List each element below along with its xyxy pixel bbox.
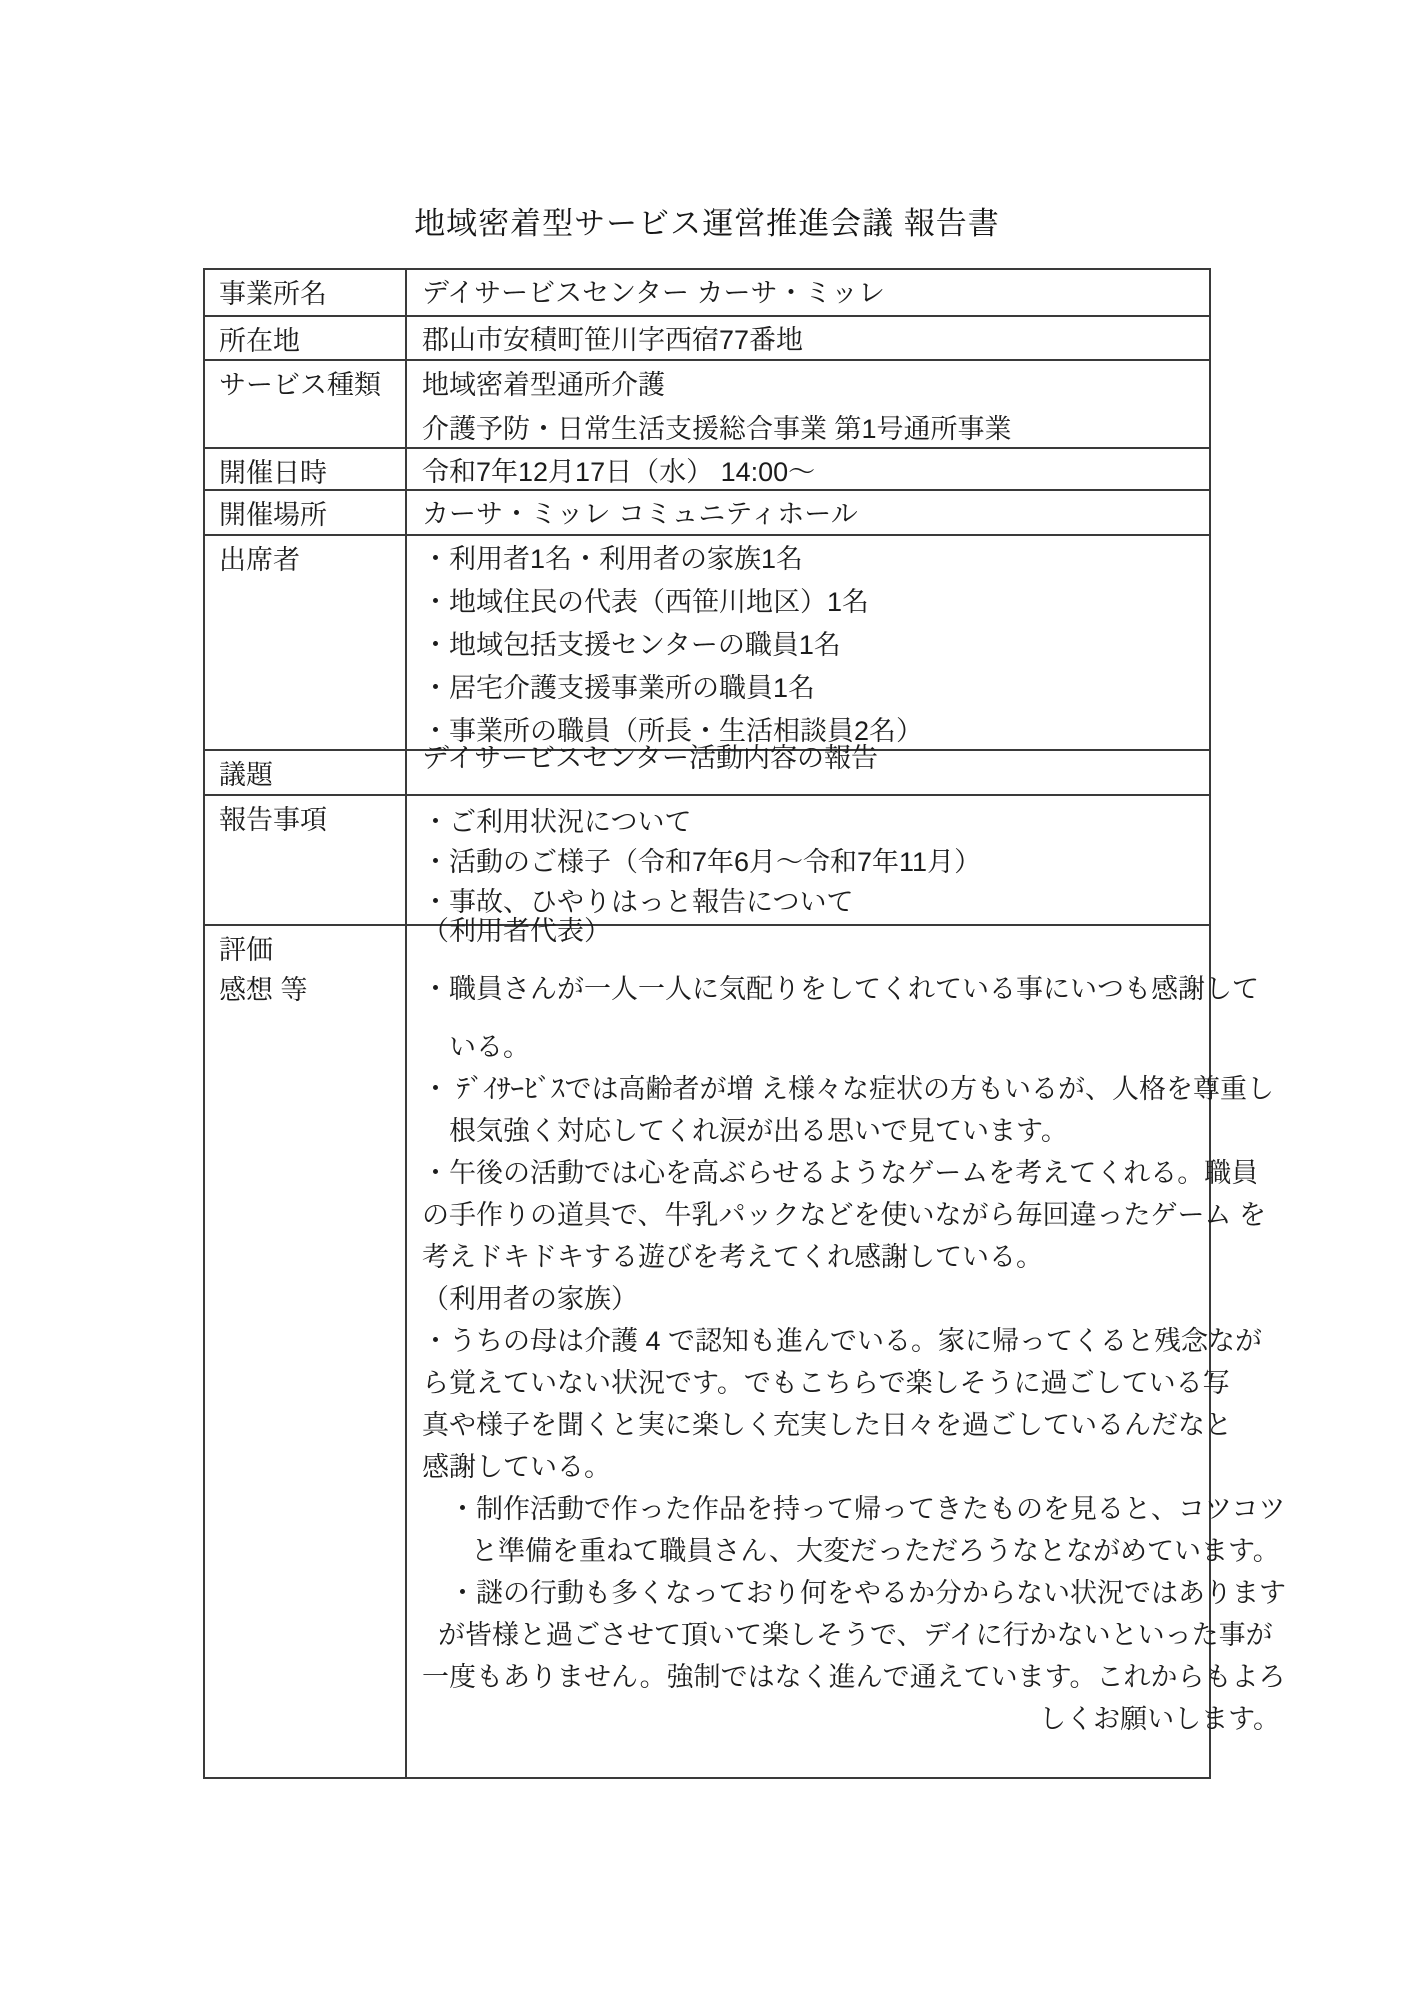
value-line: 根気強く対応してくれ涙が出る思いで見ています。 [422,1110,1286,1152]
page-title: 地域密着型サービス運営推進会議 報告書 [203,198,1211,243]
label-text: 報告事項 [219,800,399,840]
table-row-office-name: 事業所名デイサービスセンター カーサ・ミッレ [205,270,1209,315]
value-line: 郡山市安積町笹川字西宿77番地 [422,319,1209,361]
row-label-meeting-datetime: 開催日時 [205,449,407,493]
value-line: 感謝している。 [422,1446,1286,1488]
row-label-address: 所在地 [205,317,407,361]
value-line: （利用者の家族） [422,1278,1286,1320]
label-text: 事業所名 [219,274,399,314]
label-text: 開催日時 [219,453,399,493]
row-value-service-type: 地域密着型通所介護介護予防・日常生活支援総合事業 第1号通所事業 [407,361,1209,451]
row-label-report-items: 報告事項 [205,796,407,924]
value-line: ・謎の行動も多くなっており何をやるか分からない状況ではあります [422,1572,1286,1614]
value-line: の手作りの道具で、牛乳パックなどを使いながら毎回違ったゲーム を [422,1194,1286,1236]
value-line: デイサービスセンター活動内容の報告 [422,737,1209,779]
label-text: 所在地 [219,321,399,361]
row-value-address: 郡山市安積町笹川字西宿77番地 [407,317,1209,361]
table-row-attendees: 出席者・利用者1名・利用者の家族1名・地域住民の代表（西笹川地区）1名・地域包括… [205,534,1209,749]
row-label-service-type: サービス種類 [205,361,407,451]
label-text: 議題 [219,755,399,795]
label-text: 感想 等 [219,970,399,1010]
document-page: 地域密着型サービス運営推進会議 報告書 事業所名デイサービスセンター カーサ・ミ… [0,0,1414,2000]
row-value-evaluation: （利用者代表）・職員さんが一人一人に気配りをしてくれている事にいつも感謝している… [407,926,1286,1777]
row-value-meeting-place: カーサ・ミッレ コミュニティホール [407,491,1209,535]
table-row-evaluation: 評価感想 等（利用者代表）・職員さんが一人一人に気配りをしてくれている事にいつも… [205,924,1209,1777]
label-text: 評価 [219,930,399,970]
value-line: 介護予防・日常生活支援総合事業 第1号通所事業 [422,407,1209,451]
value-line: ・居宅介護支援事業所の職員1名 [422,667,1209,710]
value-line: ・ ﾃﾞｲｻｰﾋﾞｽでは高齢者が増 え様々な症状の方もいるが、人格を尊重し [422,1068,1286,1110]
row-value-meeting-datetime: 令和7年12月17日（水） 14:00～ [407,449,1209,493]
value-line: ・利用者1名・利用者の家族1名 [422,538,1209,581]
table-row-meeting-datetime: 開催日時令和7年12月17日（水） 14:00～ [205,447,1209,489]
row-label-evaluation: 評価感想 等 [205,926,407,1777]
row-label-office-name: 事業所名 [205,270,407,315]
value-line: ・活動のご様子（令和7年6月～令和7年11月） [422,842,1209,882]
value-line: デイサービスセンター カーサ・ミッレ [422,272,1209,314]
value-line: ら覚えていない状況です。でもこちらで楽しそうに過ごしている写 [422,1362,1286,1404]
value-line: しくお願いします。 [422,1698,1286,1740]
value-line: ・ご利用状況について [422,802,1209,842]
value-line: カーサ・ミッレ コミュニティホール [422,493,1209,535]
value-line: が皆様と過ごさせて頂いて楽しそうで、デイに行かないといった事が [422,1614,1286,1656]
value-line: 考えドキドキする遊びを考えてくれ感謝している。 [422,1236,1286,1278]
row-value-report-items: ・ご利用状況について・活動のご様子（令和7年6月～令和7年11月）・事故、ひやり… [407,796,1209,924]
value-line: ・職員さんが一人一人に気配りをしてくれている事にいつも感謝して [422,968,1286,1010]
label-text: サービス種類 [219,365,399,405]
table-row-address: 所在地郡山市安積町笹川字西宿77番地 [205,315,1209,359]
row-value-office-name: デイサービスセンター カーサ・ミッレ [407,270,1209,315]
value-line: ・午後の活動では心を高ぶらせるようなゲームを考えてくれる。職員 [422,1152,1286,1194]
value-line: 一度もありません。強制ではなく進んで通えています。これからもよろ [422,1656,1286,1698]
row-label-meeting-place: 開催場所 [205,491,407,535]
report-table: 事業所名デイサービスセンター カーサ・ミッレ所在地郡山市安積町笹川字西宿77番地… [203,268,1211,1779]
row-value-agenda: デイサービスセンター活動内容の報告 [407,751,1209,795]
row-value-attendees: ・利用者1名・利用者の家族1名・地域住民の代表（西笹川地区）1名・地域包括支援セ… [407,536,1209,753]
row-label-agenda: 議題 [205,751,407,795]
table-row-agenda: 議題デイサービスセンター活動内容の報告 [205,749,1209,794]
label-text: 開催場所 [219,495,399,535]
table-row-meeting-place: 開催場所カーサ・ミッレ コミュニティホール [205,489,1209,534]
value-line: いる。 [422,1026,1286,1068]
value-line: ・うちの母は介護 4 で認知も進んでいる。家に帰ってくると残念なが [422,1320,1286,1362]
table-row-report-items: 報告事項・ご利用状況について・活動のご様子（令和7年6月～令和7年11月）・事故… [205,794,1209,924]
row-label-attendees: 出席者 [205,536,407,753]
value-line: 地域密着型通所介護 [422,363,1209,407]
value-line: 真や様子を聞くと実に楽しく充実した日々を過ごしているんだなと [422,1404,1286,1446]
value-line: ・地域住民の代表（西笹川地区）1名 [422,581,1209,624]
value-line: （利用者代表） [422,910,1286,952]
value-line: ・地域包括支援センターの職員1名 [422,624,1209,667]
value-line: 令和7年12月17日（水） 14:00～ [422,451,1209,493]
table-row-service-type: サービス種類地域密着型通所介護介護予防・日常生活支援総合事業 第1号通所事業 [205,359,1209,447]
value-line: と準備を重ねて職員さん、大変だっただろうなとながめています。 [422,1530,1286,1572]
value-line: ・制作活動で作った作品を持って帰ってきたものを見ると、コツコツ [422,1488,1286,1530]
label-text: 出席者 [219,540,399,580]
